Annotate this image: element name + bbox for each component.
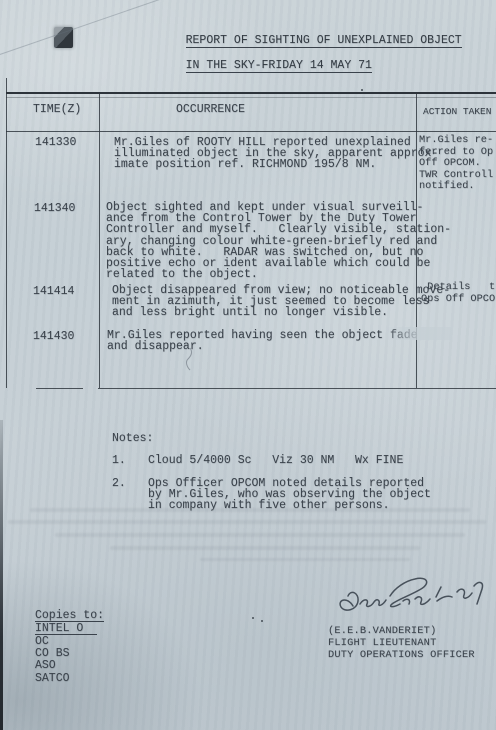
signatory-name: (E.E.B.VANDERIET) <box>328 626 436 638</box>
copies-item-oc: OC <box>35 636 49 647</box>
table-border-left <box>6 78 7 388</box>
copies-item-aso: ASO <box>35 660 56 671</box>
table-cell-time-2: 141340 <box>34 203 75 214</box>
column-header-time: TIME(Z) <box>33 104 81 115</box>
crease-line <box>0 0 161 57</box>
signatory-rank: FLIGHT LIEUTENANT <box>328 638 436 650</box>
table-border-bottom-left <box>36 388 83 389</box>
column-header-occurrence: OCCURRENCE <box>176 104 245 115</box>
table-border-top <box>6 92 496 94</box>
table-cell-action-3: Details t Ops Off OPCO <box>421 282 495 305</box>
note-1-number: 1. <box>112 455 126 466</box>
copies-item-satco: SATCO <box>35 673 70 684</box>
note-2-number: 2. <box>112 478 126 489</box>
faded-ink-artifact <box>384 327 452 340</box>
note-2-text: Ops Officer OPCOM noted details reported… <box>148 478 431 512</box>
table-cell-action-1: Mr.Giles re- ferred to Op Off OPCOM. TWR… <box>419 135 493 193</box>
page-edge-shadow <box>0 420 3 730</box>
table-cell-occurrence-1: Mr.Giles of ROOTY HILL reported unexplai… <box>114 137 438 171</box>
copies-item-intel-o: INTEL O <box>35 623 97 635</box>
page-title: REPORT OF SIGHTING OF UNEXPLAINED OBJECT… <box>158 24 462 84</box>
pencil-squiggle <box>181 346 199 372</box>
notes-heading: Notes: <box>112 433 153 444</box>
copies-item-co-bs: CO BS <box>35 648 70 659</box>
note-1-text: Cloud 5/4000 Sc Viz 30 NM Wx FINE <box>148 455 403 466</box>
ink-speck <box>361 89 363 91</box>
copies-heading: Copies to: <box>35 610 104 622</box>
signature-scribble <box>333 574 489 618</box>
ink-speck <box>261 620 263 622</box>
table-cell-occurrence-4: Mr.Giles reported having seen the object… <box>107 330 418 352</box>
column-header-action: ACTION TAKEN <box>423 106 491 117</box>
table-cell-time-1: 141330 <box>35 137 76 148</box>
table-border-bottom-right <box>98 388 496 389</box>
table-cell-time-4: 141430 <box>33 331 74 342</box>
ink-speck <box>252 617 254 619</box>
table-cell-occurrence-3: Object disappeared from view; no noticea… <box>112 285 450 319</box>
signatory-role: DUTY OPERATIONS OFFICER <box>328 650 475 662</box>
title-line-1: REPORT OF SIGHTING OF UNEXPLAINED OBJECT <box>186 35 462 48</box>
title-line-2: IN THE SKY-FRIDAY 14 MAY 71 <box>186 60 372 73</box>
table-divider-time-occurrence <box>99 93 100 388</box>
table-border-top-echo <box>6 97 496 98</box>
table-cell-occurrence-2: Object sighted and kept under visual sur… <box>106 202 451 280</box>
scanned-report-page: REPORT OF SIGHTING OF UNEXPLAINED OBJECT… <box>0 0 496 730</box>
table-cell-time-3: 141414 <box>33 286 74 297</box>
table-header-separator <box>6 131 496 132</box>
